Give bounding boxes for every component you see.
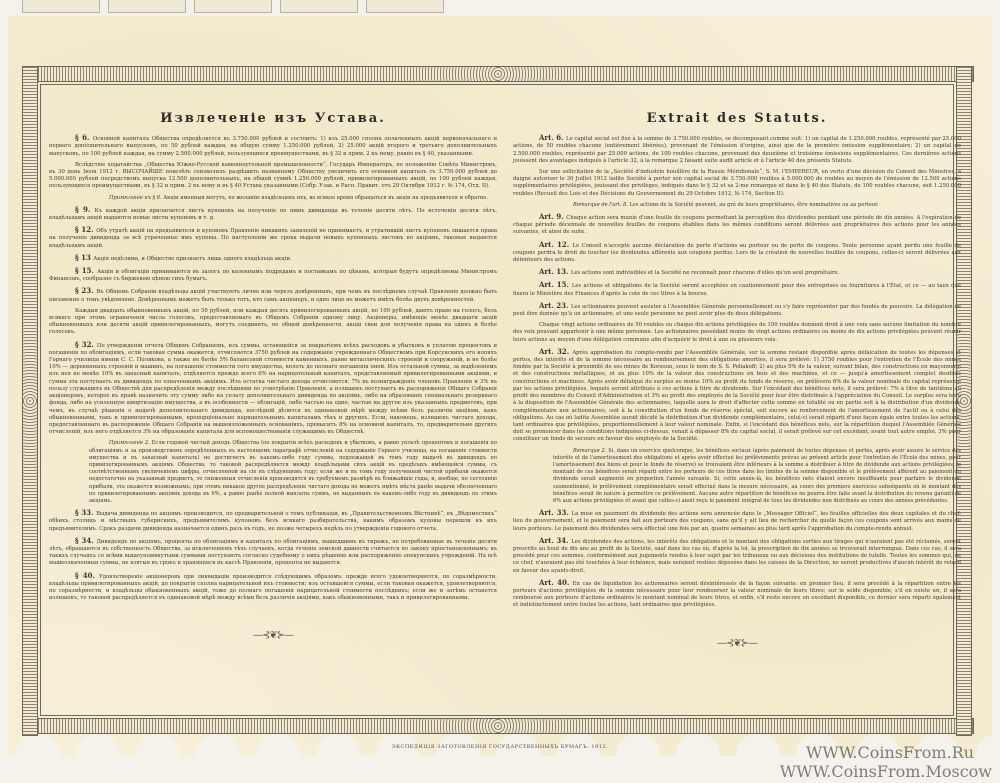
statute-paragraph: Art. 13. Les actions sont indivisibles e…	[513, 268, 961, 277]
article-number: Art. 9.	[539, 212, 566, 221]
article-text: En cas de liquidation les actionnaires s…	[513, 581, 961, 609]
article-number: Art. 6.	[539, 133, 566, 142]
article-text: Акція недѣлима, и Общество признаетъ лиш…	[93, 256, 291, 262]
statute-paragraph: § 15. Акціи и облигаціи принимаются въ з…	[49, 267, 497, 283]
coupon-stub	[280, 0, 358, 13]
article-number: Art. 34.	[539, 536, 571, 545]
article-number: § 6.	[75, 133, 93, 142]
flourish-ornament: —⊰❦⊱—	[513, 640, 961, 647]
article-number: Art. 40.	[539, 578, 573, 587]
russian-title: Извлеченіе изъ Устава.	[49, 115, 497, 122]
article-number: § 15.	[75, 266, 97, 275]
statute-remark: Remarque 2. Si, dans un exercice quelcon…	[553, 448, 961, 506]
article-number: Art. 13.	[539, 267, 571, 276]
article-text: По утвержденіи отчета Общимъ Собраніемъ,…	[49, 343, 497, 435]
statute-paragraph: Art. 9. Chaque action sera munie d'une f…	[513, 213, 961, 237]
statute-paragraph: Art. 34. Les dividendes des actions, les…	[513, 537, 961, 575]
statute-paragraph: § 6. Основной капиталъ Общества опредѣля…	[49, 134, 497, 158]
article-number: § 9.	[75, 205, 95, 214]
article-number: § 23.	[75, 286, 96, 295]
statute-paragraph: Art. 15. Les actions et obligations de l…	[513, 281, 961, 297]
article-number: § 32.	[75, 340, 97, 349]
article-number: Art. 32.	[539, 347, 572, 356]
statute-paragraph: Art. 6. Le capital social est fixé à la …	[513, 134, 961, 165]
statute-paragraph: § 34. Дивидендъ по акціямъ, проценты по …	[49, 537, 497, 568]
article-text: Les dividendes des actions, les intérêts…	[513, 539, 961, 574]
article-text: Каждыя двадцать обыкновенныхъ акцій, по …	[49, 308, 497, 336]
article-number: Примѣчаніе къ § 8.	[109, 195, 163, 201]
statute-paragraph: § 13 Акція недѣлима, и Общество признает…	[49, 254, 497, 263]
statute-paragraph: Вслѣдствіе ходатайства „Общества Южно-Ру…	[49, 162, 497, 191]
coupon-stub	[22, 0, 100, 13]
article-text: Въ Общемъ Собраніи владѣльцы акцій участ…	[49, 289, 497, 302]
article-number: § 33.	[75, 508, 96, 517]
statute-paragraph: § 9. Къ каждой акціи прилагается листъ к…	[49, 206, 497, 222]
statute-paragraph: Art. 12. Le Conseil n'accepte aucune déc…	[513, 241, 961, 265]
russian-statutes-column: Извлеченіе изъ Устава. § 6. Основной кап…	[49, 115, 497, 640]
french-title: Extrait des Statuts.	[513, 115, 961, 122]
article-number: Art. 23.	[539, 301, 571, 310]
russian-paragraphs: § 6. Основной капиталъ Общества опредѣля…	[49, 134, 497, 602]
article-text: Удовлетвореніе акціонеровъ при ликвидаці…	[49, 574, 497, 602]
article-text: Les actions de la Société peuvent, au gr…	[630, 202, 879, 208]
coupon-stub	[194, 0, 272, 13]
watermark-line-1: WWW.CoinsFrom.Ru	[806, 743, 974, 762]
article-text: Chaque action sera munie d'une feuille d…	[513, 215, 961, 235]
article-text: Объ утратѣ акцій на предъявителя и купон…	[49, 228, 497, 248]
article-number: Remarque 2.	[573, 448, 608, 454]
article-text: Дивидендъ по акціямъ, проценты по облига…	[49, 539, 497, 567]
ornamental-frame: Извлеченіе изъ Устава. § 6. Основной кап…	[22, 66, 972, 734]
article-text: Après approbation du compte-rendu par l'…	[513, 350, 961, 442]
statute-remark: Remarque de l'art. 8. Les actions de la …	[553, 202, 961, 209]
article-number: § 13	[75, 253, 93, 262]
statute-remark: Примѣчаніе 2. Если годовой чистый доходъ…	[89, 440, 497, 505]
ornament-border-top	[22, 66, 974, 82]
article-text: Les actions et obligations de la Société…	[513, 283, 961, 296]
coupon-stub	[366, 0, 444, 13]
watermark-line-2: WWW.CoinsFrom.Moscow	[780, 762, 992, 781]
article-text: Chaque vingt actions ordinaires de 50 ro…	[513, 322, 961, 342]
article-number: Art. 33.	[539, 508, 572, 517]
article-text: Les actionnaires peuvent assister à l'As…	[513, 304, 961, 317]
article-text: Вслѣдствіе ходатайства „Общества Южно-Ру…	[49, 162, 497, 190]
statute-paragraph: § 40. Удовлетвореніе акціонеровъ при лик…	[49, 572, 497, 603]
article-number: Art. 15.	[539, 280, 572, 289]
french-paragraphs: Art. 6. Le capital social est fixé à la …	[513, 134, 961, 609]
coupon-stub	[108, 0, 186, 13]
article-number: § 12.	[75, 225, 96, 234]
article-number: § 40.	[75, 571, 99, 580]
article-text: Къ каждой акціи прилагается листъ купоно…	[49, 208, 497, 221]
article-text: La mise en paiement du dividende des act…	[513, 511, 961, 531]
article-text: Si, dans un exercice quelconque, les bén…	[553, 448, 961, 504]
article-text: Акціи именныя могутъ, по желанію владѣль…	[163, 195, 488, 201]
statute-paragraph: Art. 33. La mise en paiement du dividend…	[513, 509, 961, 533]
article-text: Если годовой чистый доходъ Общества (по …	[89, 440, 497, 504]
article-text: Le capital social est fixé à la somme de…	[513, 136, 961, 164]
french-statutes-column: Extrait des Statuts. Art. 6. Le capital …	[513, 115, 961, 647]
statute-paragraph: § 23. Въ Общемъ Собраніи владѣльцы акцій…	[49, 287, 497, 303]
ornament-border-bottom	[22, 718, 974, 734]
statute-paragraph: Каждыя двадцать обыкновенныхъ акцій, по …	[49, 308, 497, 337]
flourish-ornament: —⊰❦⊱—	[49, 632, 497, 639]
coupon-stubs	[22, 0, 444, 13]
text-area: Извлеченіе изъ Устава. § 6. Основной кап…	[40, 84, 954, 716]
article-number: Remarque de l'art. 8.	[573, 202, 630, 208]
article-text: Акціи и облигаціи принимаются въ залогъ …	[49, 269, 497, 282]
article-number: Art. 12.	[539, 240, 573, 249]
article-text: Les actions sont indivisibles et la Soci…	[571, 270, 840, 276]
article-number: Примѣчаніе 2.	[109, 440, 152, 446]
statute-paragraph: Art. 40. En cas de liquidation les actio…	[513, 579, 961, 610]
statute-paragraph: Art. 23. Les actionnaires peuvent assist…	[513, 302, 961, 318]
statute-remark: Примѣчаніе къ § 8. Акціи именныя могутъ,…	[89, 195, 497, 202]
statute-paragraph: § 32. По утвержденіи отчета Общимъ Собра…	[49, 341, 497, 437]
statute-paragraph: Chaque vingt actions ordinaires de 50 ro…	[513, 322, 961, 344]
article-text: Выдача дивиденда по акціямъ производится…	[49, 511, 497, 531]
statute-paragraph: Art. 32. Après approbation du compte-ren…	[513, 348, 961, 444]
article-text: Sur une sollicitation de la „Société d'i…	[513, 169, 961, 197]
statute-paragraph: § 33. Выдача дивиденда по акціямъ произв…	[49, 509, 497, 533]
article-number: § 34.	[75, 536, 97, 545]
article-text: Основной капиталъ Общества опредѣляется …	[49, 136, 497, 156]
statute-paragraph: § 12. Объ утратѣ акцій на предъявителя и…	[49, 226, 497, 250]
ornament-border-left	[22, 66, 38, 736]
article-text: Le Conseil n'accepte aucune déclaration …	[513, 243, 961, 263]
statute-paragraph: Sur une sollicitation de la „Société d'i…	[513, 169, 961, 198]
